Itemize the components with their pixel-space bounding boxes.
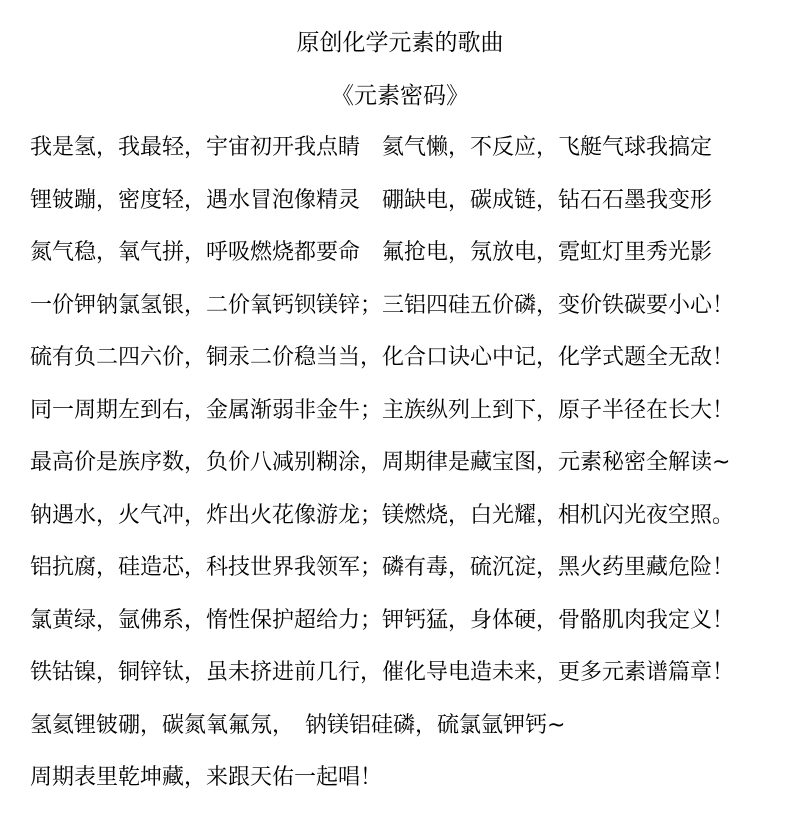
document-page: 原创化学元素的歌曲 《元素密码》 我是氢，我最轻，宇宙初开我点睛 氦气懒，不反应… bbox=[0, 0, 800, 822]
lyric-line-11: 铁钴镍，铜锌钛，虽未挤进前几行，催化导电造未来，更多元素谱篇章！ bbox=[30, 647, 800, 700]
page-title: 原创化学元素的歌曲 bbox=[0, 17, 800, 70]
lyric-line-12: 氢氦锂铍硼，碳氮氧氟氖， 钠镁铝硅磷，硫氯氩钾钙~ bbox=[30, 700, 800, 753]
lyric-line-8: 钠遇水，火气冲，炸出火花像游龙；镁燃烧，白光耀，相机闪光夜空照。 bbox=[30, 490, 800, 543]
lyric-line-2: 锂铍蹦，密度轻，遇水冒泡像精灵 硼缺电，碳成链，钻石石墨我变形 bbox=[30, 175, 800, 228]
lyric-line-4: 一价钾钠氯氢银，二价氧钙钡镁锌；三铝四硅五价磷，变价铁碳要小心！ bbox=[30, 280, 800, 333]
lyric-line-10: 氯黄绿，氩佛系，惰性保护超给力；钾钙猛，身体硬，骨骼肌肉我定义！ bbox=[30, 595, 800, 648]
song-title: 《元素密码》 bbox=[0, 70, 800, 123]
lyric-line-5: 硫有负二四六价，铜汞二价稳当当，化合口诀心中记，化学式题全无敌！ bbox=[30, 332, 800, 385]
lyric-line-3: 氮气稳，氧气拼，呼吸燃烧都要命 氟抢电，氖放电，霓虹灯里秀光影 bbox=[30, 227, 800, 280]
lyric-line-13: 周期表里乾坤藏，来跟天佑一起唱！ bbox=[30, 752, 800, 805]
lyric-line-7: 最高价是族序数，负价八减别糊涂，周期律是藏宝图，元素秘密全解读~ bbox=[30, 437, 800, 490]
lyric-line-9: 铝抗腐，硅造芯，科技世界我领军；磷有毒，硫沉淀，黑火药里藏危险！ bbox=[30, 542, 800, 595]
lyric-line-6: 同一周期左到右，金属渐弱非金牛；主族纵列上到下，原子半径在长大！ bbox=[30, 385, 800, 438]
lyric-line-1: 我是氢，我最轻，宇宙初开我点睛 氦气懒，不反应，飞艇气球我搞定 bbox=[30, 122, 800, 175]
